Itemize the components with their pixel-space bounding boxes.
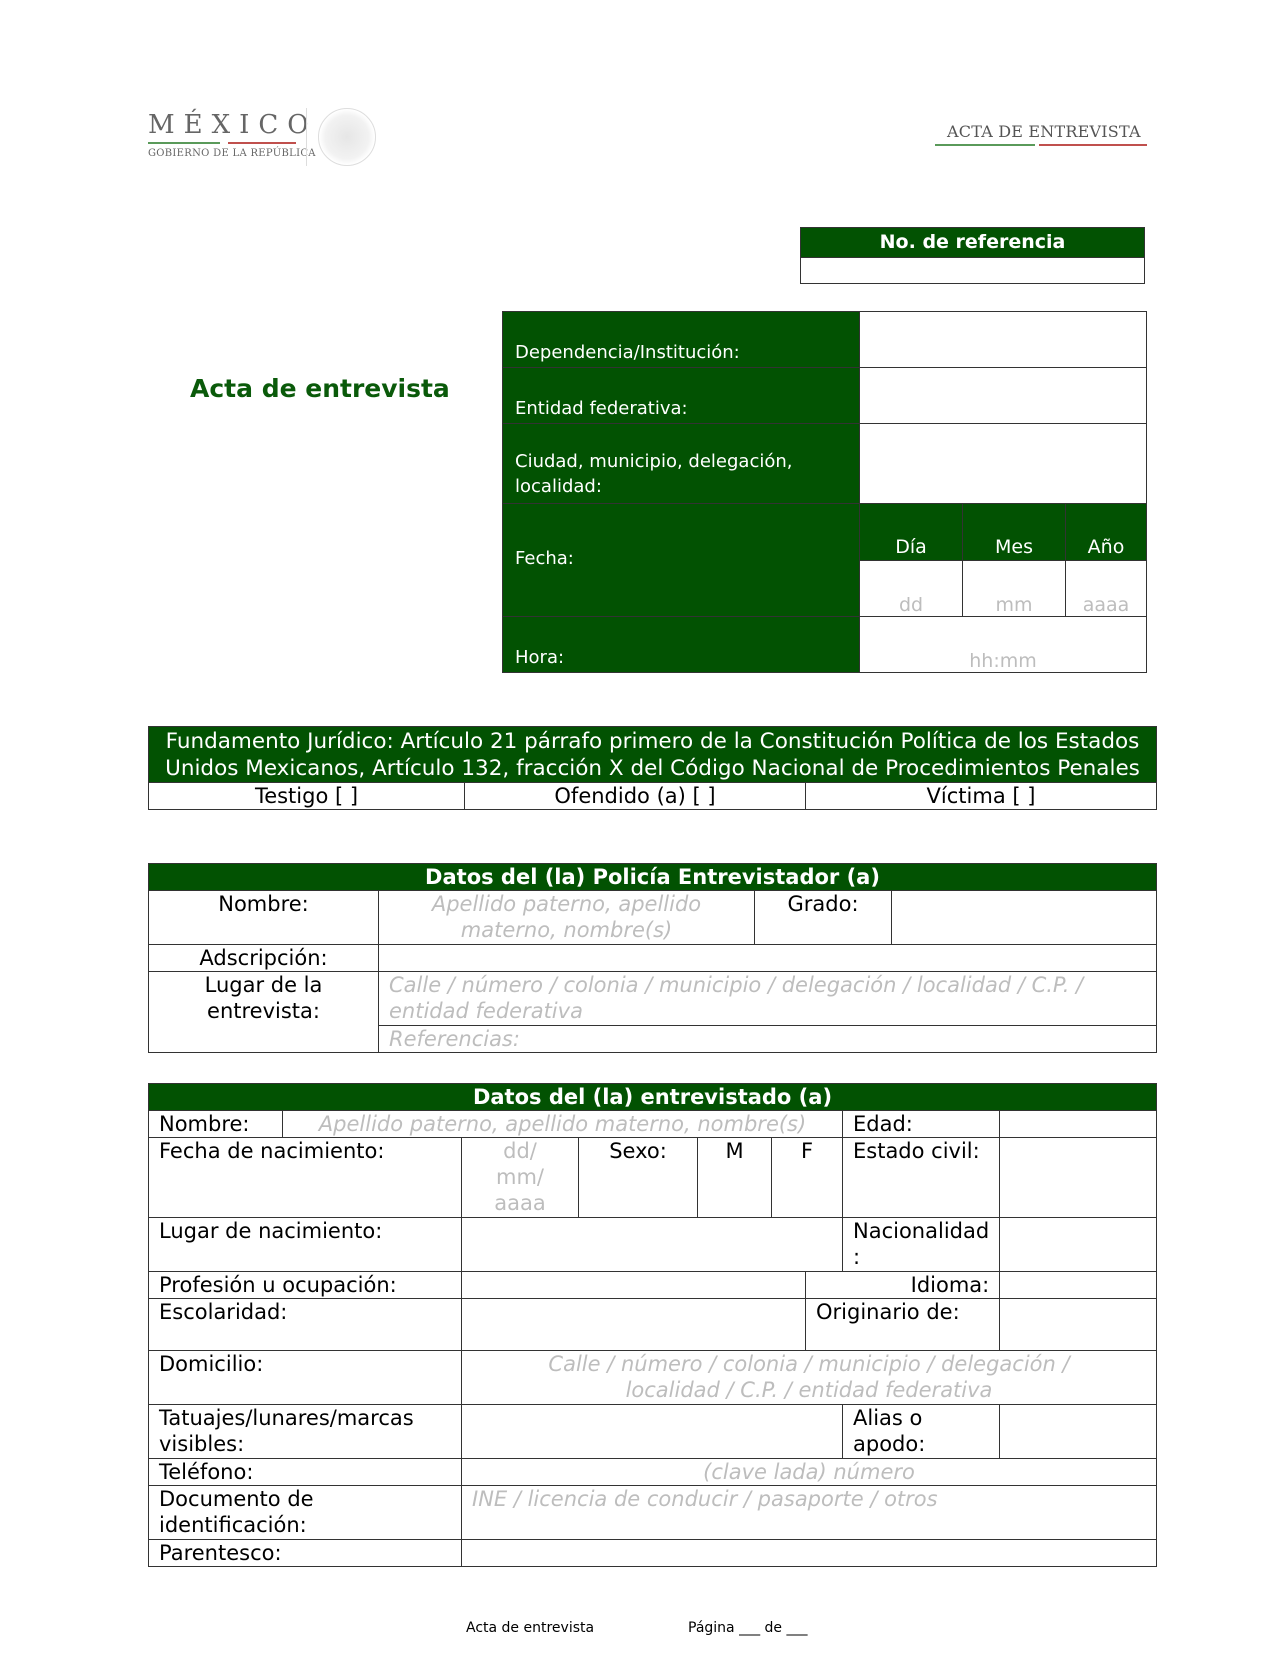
mes-field[interactable]: mm (963, 561, 1066, 617)
telefono-field[interactable]: (clave lada) número (462, 1459, 1157, 1486)
documento-label: Documento de identificación: (149, 1486, 462, 1540)
profesion-field[interactable] (462, 1272, 806, 1299)
dependencia-label: Dependencia/Institución: (503, 312, 860, 368)
adscripcion-field[interactable] (379, 945, 1157, 972)
sexo-m-option[interactable]: M (698, 1138, 772, 1218)
lugar-entrevista-label: Lugar de la entrevista: (149, 972, 379, 1053)
legal-basis-table: Fundamento Jurídico: Artículo 21 párrafo… (148, 726, 1157, 810)
page-title: Acta de entrevista (190, 374, 450, 403)
document-type-header: ACTA DE ENTREVISTA (935, 122, 1147, 141)
option-ofendido[interactable]: Ofendido (a) [ ] (465, 783, 806, 810)
logo-subtitle: GOBIERNO DE LA REPÚBLICA (148, 148, 316, 159)
header-red-line (1039, 144, 1147, 146)
lugar-nacimiento-field[interactable] (462, 1218, 843, 1272)
referencias-field[interactable]: Referencias: (379, 1026, 1157, 1053)
lugar-nacimiento-label: Lugar de nacimiento: (149, 1218, 462, 1272)
police-section-title: Datos del (la) Policía Entrevistador (a) (149, 864, 1157, 891)
fecha-nacimiento-label: Fecha de nacimiento: (149, 1138, 462, 1218)
logo-divider (306, 108, 307, 166)
sexo-f-option[interactable]: F (772, 1138, 843, 1218)
document-type-label: ACTA DE ENTREVISTA (935, 122, 1141, 141)
parentesco-label: Parentesco: (149, 1540, 462, 1567)
police-nombre-field[interactable]: Apellido paterno, apellido materno, nomb… (379, 891, 755, 945)
lugar-entrevista-field[interactable]: Calle / número / colonia / municipio / d… (379, 972, 1157, 1026)
dia-header: Día (860, 504, 963, 561)
footer-page-number: Página ___ de ___ (688, 1620, 807, 1636)
originario-field[interactable] (1000, 1299, 1157, 1351)
hora-label: Hora: (503, 617, 860, 673)
option-victima[interactable]: Víctima [ ] (806, 783, 1157, 810)
entidad-label: Entidad federativa: (503, 368, 860, 424)
originario-label: Originario de: (806, 1299, 1000, 1351)
domicilio-label: Domicilio: (149, 1351, 462, 1405)
escolaridad-label: Escolaridad: (149, 1299, 462, 1351)
documento-field[interactable]: INE / licencia de conducir / pasaporte /… (462, 1486, 1157, 1540)
idioma-label: Idioma: (806, 1272, 1000, 1299)
escolaridad-field[interactable] (462, 1299, 806, 1351)
grado-field[interactable] (892, 891, 1157, 945)
interviewee-section-title: Datos del (la) entrevistado (a) (149, 1084, 1157, 1111)
mes-header: Mes (963, 504, 1066, 561)
reference-label: No. de referencia (801, 228, 1144, 258)
domicilio-field[interactable]: Calle / número / colonia / municipio / d… (462, 1351, 1157, 1405)
interviewee-nombre-field[interactable]: Apellido paterno, apellido materno, nomb… (283, 1111, 843, 1138)
reference-number-box: No. de referencia (800, 227, 1145, 284)
estado-civil-field[interactable] (1000, 1138, 1157, 1218)
fecha-nacimiento-field[interactable]: dd/ mm/ aaaa (462, 1138, 579, 1218)
tatuajes-label: Tatuajes/lunares/marcas visibles: (149, 1405, 462, 1459)
logo-green-bar (148, 142, 220, 144)
interviewee-data-table: Datos del (la) entrevistado (a) Nombre: … (148, 1083, 1157, 1567)
entidad-field[interactable] (860, 368, 1147, 424)
reference-number-field[interactable] (801, 258, 1144, 284)
option-testigo[interactable]: Testigo [ ] (149, 783, 465, 810)
hora-field[interactable]: hh:mm (860, 617, 1147, 673)
footer-doc-name: Acta de entrevista (466, 1620, 594, 1636)
anio-header: Año (1066, 504, 1147, 561)
dependencia-field[interactable] (860, 312, 1147, 368)
logo-title: MÉXICO (148, 110, 318, 140)
alias-field[interactable] (1000, 1405, 1157, 1459)
police-nombre-label: Nombre: (149, 891, 379, 945)
edad-label: Edad: (843, 1111, 1000, 1138)
page-footer: Acta de entrevista Página ___ de ___ (466, 1620, 594, 1636)
national-seal-icon (318, 108, 376, 166)
profesion-label: Profesión u ocupación: (149, 1272, 462, 1299)
fecha-label: Fecha: (503, 504, 860, 617)
legal-basis-text: Fundamento Jurídico: Artículo 21 párrafo… (149, 727, 1157, 783)
interviewee-nombre-label: Nombre: (149, 1111, 283, 1138)
nacionalidad-field[interactable] (1000, 1218, 1157, 1272)
estado-civil-label: Estado civil: (843, 1138, 1000, 1218)
anio-field[interactable]: aaaa (1066, 561, 1147, 617)
tatuajes-field[interactable] (462, 1405, 843, 1459)
edad-field[interactable] (1000, 1111, 1157, 1138)
dia-field[interactable]: dd (860, 561, 963, 617)
parentesco-field[interactable] (462, 1540, 1157, 1567)
police-data-table: Datos del (la) Policía Entrevistador (a)… (148, 863, 1157, 1053)
logo-red-bar (228, 142, 296, 144)
location-date-table: Dependencia/Institución: Entidad federat… (502, 311, 1147, 673)
grado-label: Grado: (755, 891, 892, 945)
adscripcion-label: Adscripción: (149, 945, 379, 972)
telefono-label: Teléfono: (149, 1459, 462, 1486)
sexo-label: Sexo: (579, 1138, 698, 1218)
ciudad-label: Ciudad, municipio, delegación, localidad… (503, 424, 860, 504)
idioma-field[interactable] (1000, 1272, 1157, 1299)
ciudad-field[interactable] (860, 424, 1147, 504)
government-logo: MÉXICO GOBIERNO DE LA REPÚBLICA (148, 106, 388, 170)
header-green-line (935, 144, 1035, 146)
nacionalidad-label: Nacionalidad : (843, 1218, 1000, 1272)
alias-label: Alias o apodo: (843, 1405, 1000, 1459)
